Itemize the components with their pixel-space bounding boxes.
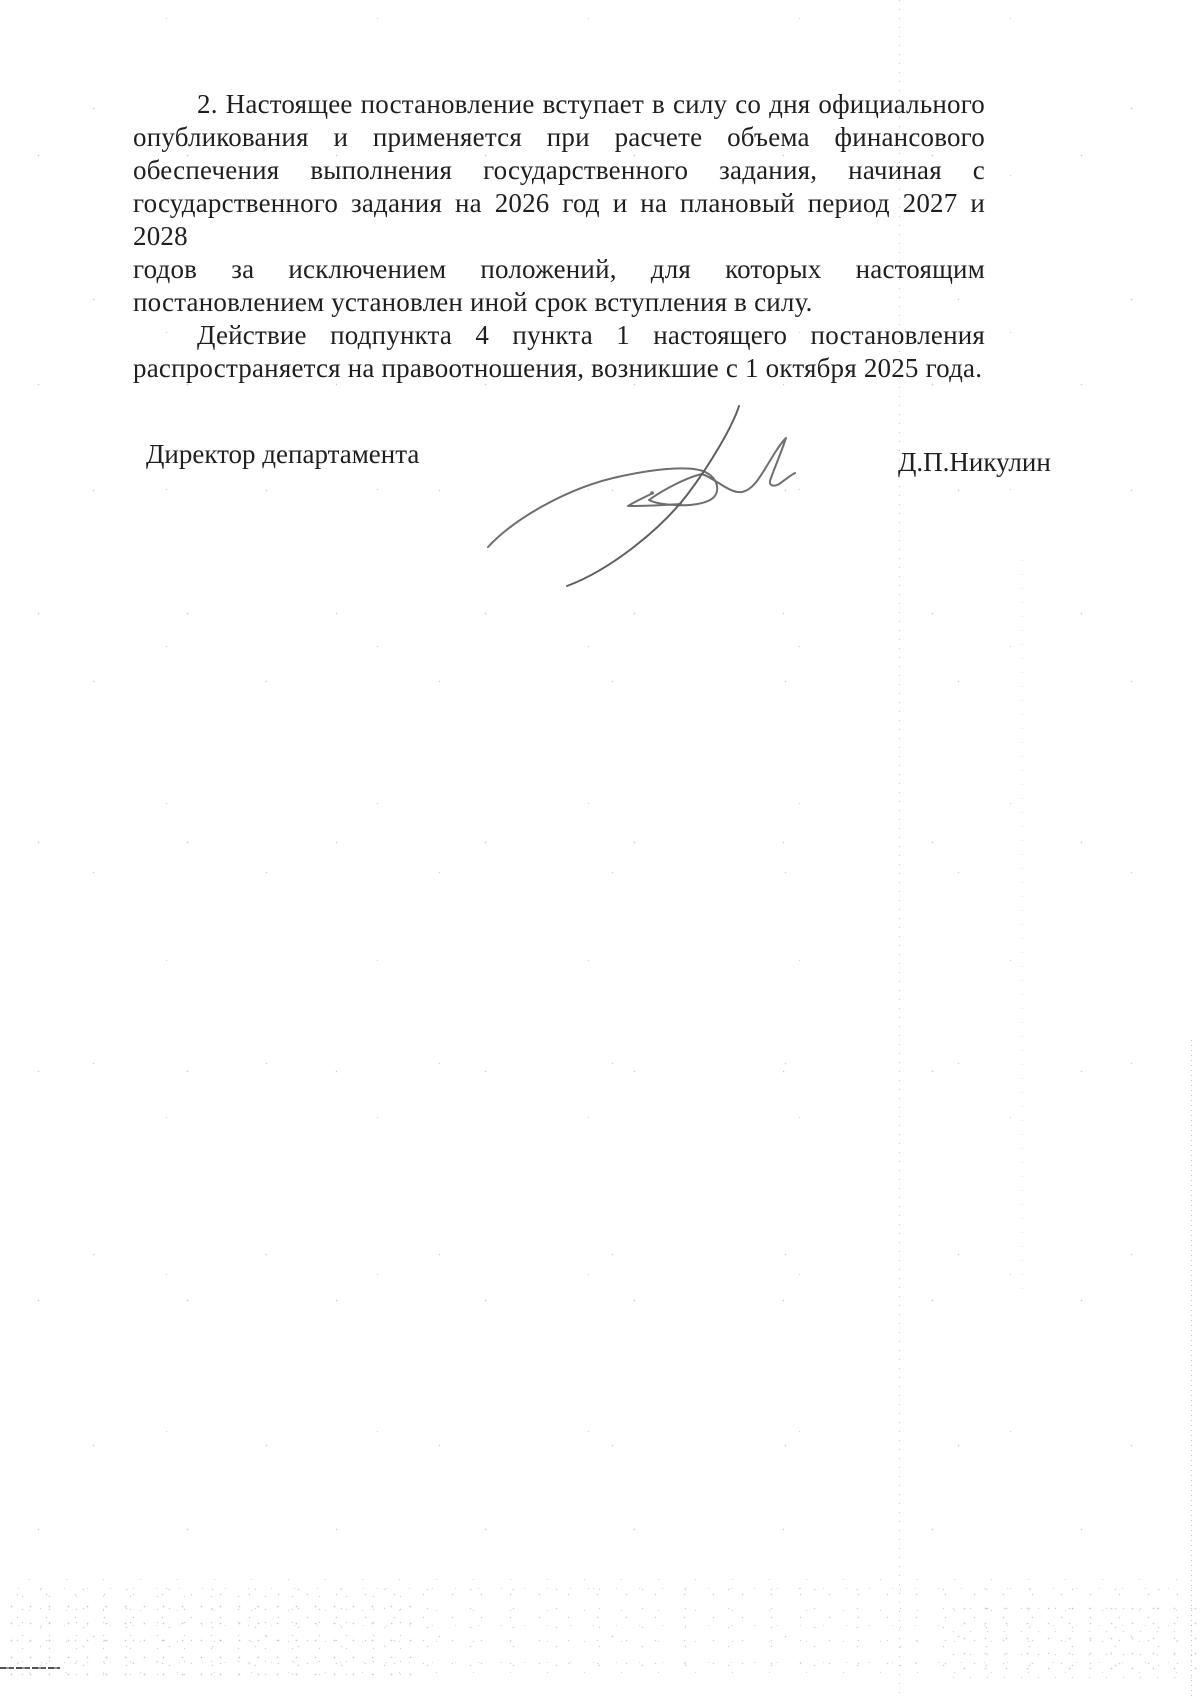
scan-speckle-noise-bottom-right bbox=[950, 1595, 1200, 1680]
scan-artifact-bottom-left-mark bbox=[0, 1667, 60, 1669]
signer-name: Д.П.Никулин bbox=[898, 446, 1051, 479]
paragraph-line: опубликования и применяется при расчете … bbox=[133, 121, 985, 154]
paragraph-line: постановлением установлен иной срок всту… bbox=[133, 286, 985, 319]
scan-speckle-noise-bottom-left bbox=[0, 1595, 420, 1680]
signer-position-title: Директор департамента bbox=[146, 438, 419, 471]
document-text: 2. Настоящее постановление вступает в си… bbox=[133, 88, 985, 385]
paragraph-line: 2. Настоящее постановление вступает в си… bbox=[133, 88, 985, 121]
scan-artifact-vertical-line bbox=[1022, 560, 1023, 1300]
paragraph-line: обеспечения выполнения государственного … bbox=[133, 154, 985, 187]
resolution-paragraph: 2. Настоящее постановление вступает в си… bbox=[133, 88, 985, 319]
paragraph-line: государственного задания на 2026 год и н… bbox=[133, 187, 985, 253]
scanned-document-page: 2. Настоящее постановление вступает в си… bbox=[0, 0, 1200, 1697]
handwritten-signature-icon bbox=[450, 367, 820, 592]
paragraph-line: годов за исключением положений, для кото… bbox=[133, 253, 985, 286]
scan-speckle-noise-bottom bbox=[0, 1578, 1200, 1678]
scan-artifact-vertical-line bbox=[1191, 1040, 1192, 1697]
paragraph-line: Действие подпункта 4 пункта 1 настоящего… bbox=[133, 319, 985, 352]
